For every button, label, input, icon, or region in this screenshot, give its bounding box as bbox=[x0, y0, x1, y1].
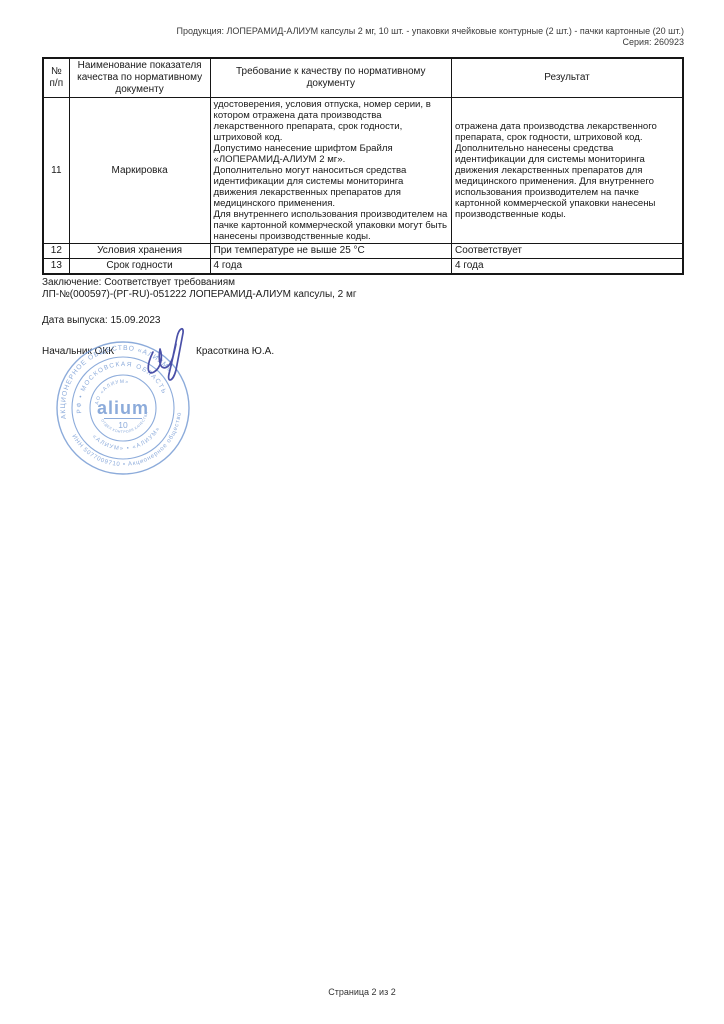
row13-requirement: 4 года bbox=[210, 259, 452, 275]
row11-requirement: удостоверения, условия отпуска, номер се… bbox=[210, 98, 452, 244]
row12-requirement: При температуре не выше 25 °С bbox=[210, 244, 452, 259]
quality-table: № п/п Наименование показателя качества п… bbox=[42, 57, 684, 275]
row13-name: Срок годности bbox=[69, 259, 210, 275]
stamp-number-text: 10 bbox=[118, 420, 128, 430]
row11-num: 11 bbox=[43, 98, 69, 244]
signer-name: Красоткина Ю.А. bbox=[196, 346, 274, 358]
row11-result: отражена дата производства лекарственног… bbox=[452, 98, 683, 244]
row12-num: 12 bbox=[43, 244, 69, 259]
handwritten-signature bbox=[140, 324, 192, 386]
page-footer: Страница 2 из 2 bbox=[0, 987, 724, 997]
row12-name: Условия хранения bbox=[69, 244, 210, 259]
col-header-requirement: Требование к качеству по нормативному до… bbox=[210, 58, 452, 98]
table-header-row: № п/п Наименование показателя качества п… bbox=[43, 58, 683, 98]
col-header-name: Наименование показателя качества по норм… bbox=[69, 58, 210, 98]
registration-number-line: ЛП-№(000597)-(РГ-RU)-051222 ЛОПЕРАМИД-АЛ… bbox=[42, 289, 357, 301]
conclusion-line: Заключение: Соответствует требованиям bbox=[42, 277, 235, 289]
row12-result: Соответствует bbox=[452, 244, 683, 259]
row13-num: 13 bbox=[43, 259, 69, 275]
document-page: Продукция: ЛОПЕРАМИД-АЛИУМ капсулы 2 мг,… bbox=[0, 0, 724, 1024]
table-row-11: 11 Маркировка удостоверения, условия отп… bbox=[43, 98, 683, 244]
col-header-num: № п/п bbox=[43, 58, 69, 98]
col-header-result: Результат bbox=[452, 58, 683, 98]
row11-name: Маркировка bbox=[69, 98, 210, 244]
row13-result: 4 года bbox=[452, 259, 683, 275]
table-row-12: 12 Условия хранения При температуре не в… bbox=[43, 244, 683, 259]
header-series-line: Серия: 260923 bbox=[623, 37, 684, 47]
header-product-line: Продукция: ЛОПЕРАМИД-АЛИУМ капсулы 2 мг,… bbox=[177, 26, 685, 36]
table-row-13: 13 Срок годности 4 года 4 года bbox=[43, 259, 683, 275]
stamp-logo-text: alium bbox=[97, 398, 149, 418]
